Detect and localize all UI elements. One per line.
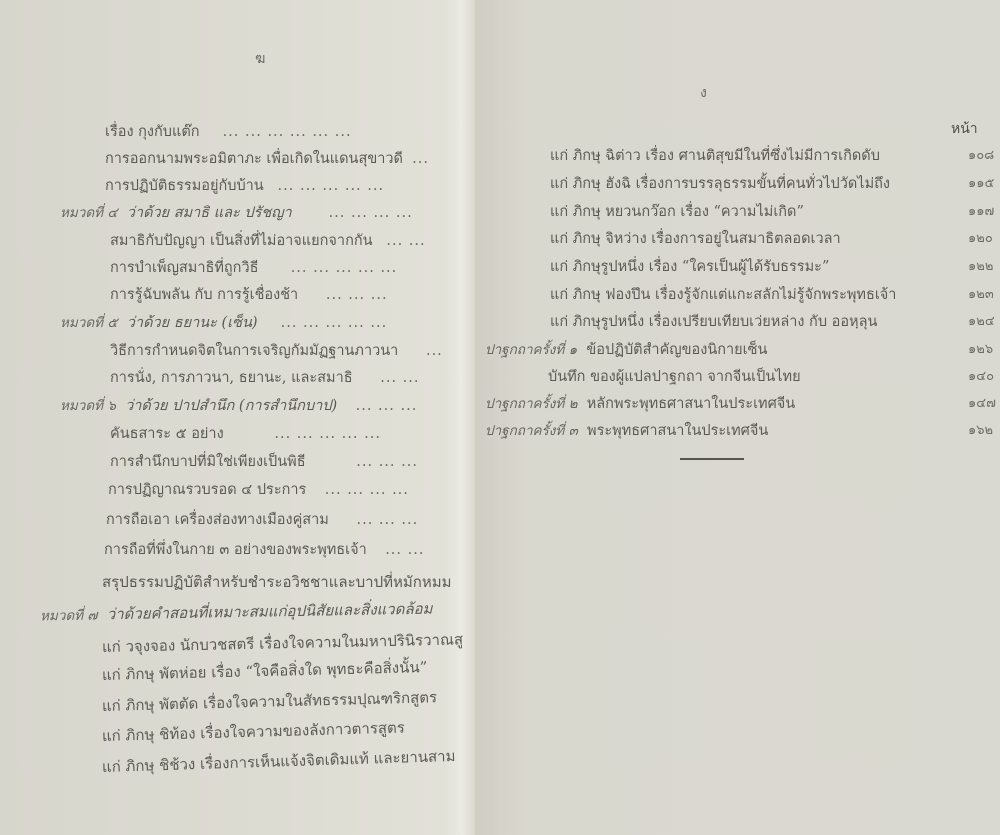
toc-entry: แก่ วจุงจอง นักบวชสตรี เรื่องใจความในมหา… — [102, 629, 481, 657]
toc-entry: การปฏิบัติธรรมอยู่กับบ้าน ... ... ... ..… — [105, 176, 384, 196]
entry-title: แก่ ภิกษุรูปหนึ่ง เรื่องเปรียบเทียบเว่ยห… — [550, 314, 877, 330]
entry-title: พระพุทธศาสนาในประเทศจีน — [587, 423, 768, 439]
entry-title: แก่ วจุงจอง นักบวชสตรี เรื่องใจความในมหา… — [102, 630, 481, 656]
entry-title: การถือเอา เครื่องส่องทางเมืองคู่สาม — [106, 512, 329, 528]
toc-entry: แก่ ภิกษุ ฉิต่าว เรื่อง ศานติสุขมีในที่ซ… — [550, 146, 880, 166]
leader-dots: ... ... ... — [356, 398, 418, 414]
toc-entry: แก่ ภิกษุ ชิท้อง เรื่องใจความของลังกาวตา… — [102, 718, 405, 746]
page-folio: ฆ — [255, 48, 265, 70]
leader-dots: ... ... ... — [356, 512, 418, 528]
toc-entry: แก่ ภิกษุรูปหนึ่ง เรื่องเปรียบเทียบเว่ยห… — [550, 312, 877, 332]
page-number: ๑๒๔ — [968, 312, 995, 332]
entry-title: แก่ ภิกษุ ฉิต่าว เรื่อง ศานติสุขมีในที่ซ… — [550, 148, 880, 164]
entry-title: ว่าด้วย สมาธิ และ ปรัชญา — [127, 205, 292, 221]
section-label: ปาฐกถาครั้งที่ ๓ — [485, 423, 578, 439]
toc-entry: การปฏิญาณรวบรอด ๔ ประการ ... ... ... ... — [108, 480, 409, 500]
toc-entry: การนั่ง, การภาวนา, ธยานะ, และสมาธิ ... .… — [110, 368, 420, 388]
entry-title: ว่าด้วยคำสอนที่เหมาะสมแก่อุปนิสัยและสิ่ง… — [107, 600, 433, 624]
entry-title: การถือที่พึ่งในกาย ๓ อย่างของพระพุทธเจ้า — [104, 542, 367, 558]
entry-title: สรุปธรรมปฏิบัติสำหรับชำระอวิชชาและบาปที่… — [102, 573, 452, 591]
entry-title: แก่ ภิกษุ พัตตัด เรื่องใจความในสัทธรรมปุ… — [102, 688, 438, 715]
leader-dots: ... ... ... ... ... — [278, 178, 385, 194]
page-number: ๑๒๒ — [968, 257, 993, 277]
toc-entry: แก่ ภิกษุ พัตตัด เรื่องใจความในสัทธรรมปุ… — [102, 687, 438, 716]
leader-dots: ... ... ... ... ... — [291, 260, 398, 276]
toc-section-heading: ปาฐกถาครั้งที่ ๒ หลักพระพุทธศาสนาในประเท… — [485, 394, 795, 414]
entry-title: แก่ ภิกษุ หยวนกว๊อก เรื่อง “ความไม่เกิด” — [550, 204, 804, 220]
left-page: ฆ เรื่อง กุงกับแต๊ก ... ... ... ... ... … — [0, 0, 463, 835]
toc-entry: สมาธิกับปัญญา เป็นสิ่งที่ไม่อาจแยกจากกัน… — [110, 231, 426, 251]
toc-entry: แก่ ภิกษุ พัตห่อย เรื่อง “ใจคือสิ่งใด พุ… — [102, 657, 428, 685]
toc-entry: เรื่อง กุงกับแต๊ก ... ... ... ... ... ..… — [105, 122, 352, 142]
toc-entry: คันธสาระ ๕ อย่าง ... ... ... ... ... — [110, 424, 381, 444]
toc-entry: การถือที่พึ่งในกาย ๓ อย่างของพระพุทธเจ้า… — [104, 540, 424, 560]
entry-title: แก่ ภิกษุ จิหว่าง เรื่องการอยู่ในสมาธิตล… — [550, 231, 841, 247]
leader-dots: ... ... ... — [356, 454, 418, 470]
entry-title: การนั่ง, การภาวนา, ธยานะ, และสมาธิ — [110, 370, 353, 386]
entry-title: การปฏิญาณรวบรอด ๔ ประการ — [108, 482, 306, 498]
entry-title: แก่ ภิกษุ ชิช้วง เรื่องการเห็นแจ้งจิตเดิ… — [102, 747, 456, 776]
toc-entry: การรู้ฉับพลัน กับ การรู้เชื่องช้า ... ..… — [110, 285, 388, 305]
entry-title: แก่ ภิกษุ ฟองปึน เรื่องรู้จักแต่แกะสลักไ… — [550, 287, 896, 303]
entry-title: การบำเพ็ญสมาธิที่ถูกวิธี — [110, 260, 258, 276]
toc-entry: การถือเอา เครื่องส่องทางเมืองคู่สาม ... … — [106, 510, 418, 530]
section-label: หมวดที่ ๗ — [40, 607, 98, 624]
toc-entry: แก่ ภิกษุรูปหนึ่ง เรื่อง “ใครเป็นผู้ได้ร… — [550, 257, 829, 277]
entry-title: บันทึก ของผู้แปลปาฐกถา จากจีนเป็นไทย — [548, 369, 801, 385]
page-number: ๑๑๗ — [968, 202, 994, 222]
toc-section-heading: หมวดที่ ๗ ว่าด้วยคำสอนที่เหมาะสมแก่อุปนิ… — [40, 599, 433, 627]
page-column-header: หน้า — [951, 118, 1000, 140]
entry-title: แก่ ภิกษุ ฮังฉิ เรื่องการบรรลุธรรมขั้นที… — [550, 176, 890, 192]
page-number: ๑๒๓ — [968, 285, 994, 305]
right-page: ง หน้า แก่ ภิกษุ ฉิต่าว เรื่อง ศานติสุขม… — [475, 0, 1000, 835]
entry-title: คันธสาระ ๕ อย่าง — [110, 426, 224, 442]
end-rule — [680, 458, 744, 460]
entry-title: วิธีการกำหนดจิตในการเจริญกัมมัฏฐานภาวนา — [110, 343, 398, 359]
toc-section-heading: หมวดที่ ๖ ว่าด้วย ปาปสำนึก (การสำนึกบาป)… — [60, 396, 417, 416]
page-folio: ง — [700, 82, 707, 104]
leader-dots: ... ... — [380, 370, 419, 386]
toc-entry: การบำเพ็ญสมาธิที่ถูกวิธี ... ... ... ...… — [110, 258, 397, 278]
page-number: ๑๒๖ — [968, 340, 993, 360]
entry-title: ว่าด้วย ธยานะ (เซ็น) — [127, 315, 258, 331]
toc-entry: แก่ ภิกษุ จิหว่าง เรื่องการอยู่ในสมาธิตล… — [550, 229, 841, 249]
entry-title: แก่ ภิกษุรูปหนึ่ง เรื่อง “ใครเป็นผู้ได้ร… — [550, 259, 829, 275]
entry-title: สมาธิกับปัญญา เป็นสิ่งที่ไม่อาจแยกจากกัน — [110, 233, 373, 249]
toc-entry: แก่ ภิกษุ ฟองปึน เรื่องรู้จักแต่แกะสลักไ… — [550, 285, 896, 305]
page-number: ๑๖๒ — [968, 421, 993, 441]
leader-dots: ... ... ... ... ... — [274, 426, 381, 442]
leader-dots: ... — [426, 343, 443, 359]
section-label: หมวดที่ ๖ — [60, 398, 116, 414]
entry-title: หลักพระพุทธศาสนาในประเทศจีน — [587, 396, 795, 412]
section-label: ปาฐกถาครั้งที่ ๒ — [485, 396, 578, 412]
entry-title: การรู้ฉับพลัน กับ การรู้เชื่องช้า — [110, 287, 298, 303]
entry-title: ว่าด้วย ปาปสำนึก (การสำนึกบาป) — [125, 398, 337, 414]
leader-dots: ... ... ... ... — [325, 482, 409, 498]
toc-entry: แก่ ภิกษุ ชิช้วง เรื่องการเห็นแจ้งจิตเดิ… — [102, 746, 456, 777]
section-label: หมวดที่ ๔ — [60, 205, 118, 221]
leader-dots: ... ... ... — [326, 287, 388, 303]
toc-entry: บันทึก ของผู้แปลปาฐกถา จากจีนเป็นไทย ๑๔๐ — [548, 367, 801, 387]
toc-section-heading: ปาฐกถาครั้งที่ ๓ พระพุทธศาสนาในประเทศจีน… — [485, 421, 768, 441]
toc-entry: สรุปธรรมปฏิบัติสำหรับชำระอวิชชาและบาปที่… — [102, 572, 452, 592]
toc-section-heading: หมวดที่ ๔ ว่าด้วย สมาธิ และ ปรัชญา ... .… — [60, 203, 413, 223]
toc-entry: แก่ ภิกษุ ฮังฉิ เรื่องการบรรลุธรรมขั้นที… — [550, 174, 890, 194]
entry-title: การสำนึกบาปที่มิใช่เพียงเป็นพิธี — [110, 454, 306, 470]
page-number: ๑๒๐ — [968, 229, 993, 249]
page-number: ๑๐๘ — [968, 146, 994, 166]
entry-title: แก่ ภิกษุ พัตห่อย เรื่อง “ใจคือสิ่งใด พุ… — [102, 658, 428, 684]
leader-dots: ... ... ... ... ... — [281, 315, 388, 331]
toc-entry: การสำนึกบาปที่มิใช่เพียงเป็นพิธี ... ...… — [110, 452, 418, 472]
page-number: ๑๑๕ — [968, 174, 994, 194]
leader-dots: ... ... — [386, 233, 425, 249]
toc-section-heading: หมวดที่ ๕ ว่าด้วย ธยานะ (เซ็น) ... ... .… — [60, 313, 387, 333]
toc-entry: วิธีการกำหนดจิตในการเจริญกัมมัฏฐานภาวนา … — [110, 341, 443, 361]
leader-dots: ... ... ... ... ... ... — [223, 124, 352, 140]
toc-entry: การออกนามพระอมิตาภะ เพื่อเกิดในแดนสุขาวด… — [105, 149, 429, 169]
toc-section-heading: ปาฐกถาครั้งที่ ๑ ข้อปฏิบัติสำคัญของนิกาย… — [485, 340, 767, 360]
leader-dots: ... ... ... ... — [329, 205, 413, 221]
entry-title: เรื่อง กุงกับแต๊ก — [105, 124, 200, 140]
entry-title: การปฏิบัติธรรมอยู่กับบ้าน — [105, 178, 264, 194]
leader-dots: ... — [412, 151, 429, 167]
entry-title: แก่ ภิกษุ ชิท้อง เรื่องใจความของลังกาวตา… — [102, 719, 405, 745]
entry-title: ข้อปฏิบัติสำคัญของนิกายเซ็น — [586, 342, 767, 358]
book-gutter — [463, 0, 475, 835]
page-number: ๑๔๗ — [968, 394, 996, 414]
toc-entry: แก่ ภิกษุ หยวนกว๊อก เรื่อง “ความไม่เกิด”… — [550, 202, 804, 222]
entry-title: การออกนามพระอมิตาภะ เพื่อเกิดในแดนสุขาวด… — [105, 151, 403, 167]
page-number: ๑๔๐ — [968, 367, 994, 387]
leader-dots: ... ... — [385, 542, 424, 558]
section-label: หมวดที่ ๕ — [60, 315, 118, 331]
section-label: ปาฐกถาครั้งที่ ๑ — [485, 342, 577, 358]
